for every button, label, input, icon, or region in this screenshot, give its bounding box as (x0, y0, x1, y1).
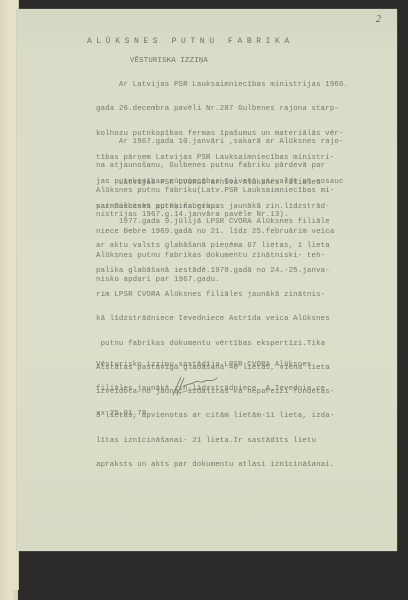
signature-icon (165, 373, 225, 397)
text-line: 1977.gada 9.jūlijā LPSR CVORA Alūksnes f… (96, 218, 334, 226)
document-subtitle: VĒSTURISKA IZZIŅA (130, 57, 208, 65)
text-line: Vēsturisko izziņu sastādīja LPSR CVORA A… (96, 361, 325, 369)
text-line: apraksts un akts par dokumentu atlasi iz… (96, 461, 334, 469)
text-line: Ar Latvijas PSR Lauksaimniecības ministr… (96, 81, 348, 89)
document-title: ALŪKSNES PUTNU FABRIKA (87, 38, 294, 46)
text-line: palika glabāšanā iestādē.1978.gadā no 24… (96, 267, 334, 275)
page-number: 2 (376, 14, 381, 25)
paragraph-4: 1977.gada 9.jūlijā LPSR CVORA Alūksnes f… (96, 202, 334, 485)
handwritten-signature (165, 373, 225, 397)
text-line: rim LPSR CVORA Alūksnes filiāles jaunākā… (96, 291, 334, 299)
text-line: kā līdzstrādniece Ievedniece Astrīda vei… (96, 315, 334, 323)
text-line: gada 26.decembra pavēli Nr.287 Gulbenes … (96, 105, 348, 113)
text-line: Latvijas PSR CVORGO arhīva Alūksnes fili… (96, 179, 334, 187)
text-line: ar aktu valsts glabāšanā pieņēma 67 liet… (96, 242, 334, 250)
document-page: 2 ALŪKSNES PUTNU FABRIKA VĒSTURISKA IZZI… (17, 9, 397, 551)
text-line: xx.25.01.78 (96, 410, 325, 418)
text-line: lītas iznīcināšanai- 21 lieta.Ir sastādī… (96, 437, 334, 445)
text-line: Ar 1967.gada 10.janvāri ,sakarā ar Alūks… (96, 138, 344, 146)
